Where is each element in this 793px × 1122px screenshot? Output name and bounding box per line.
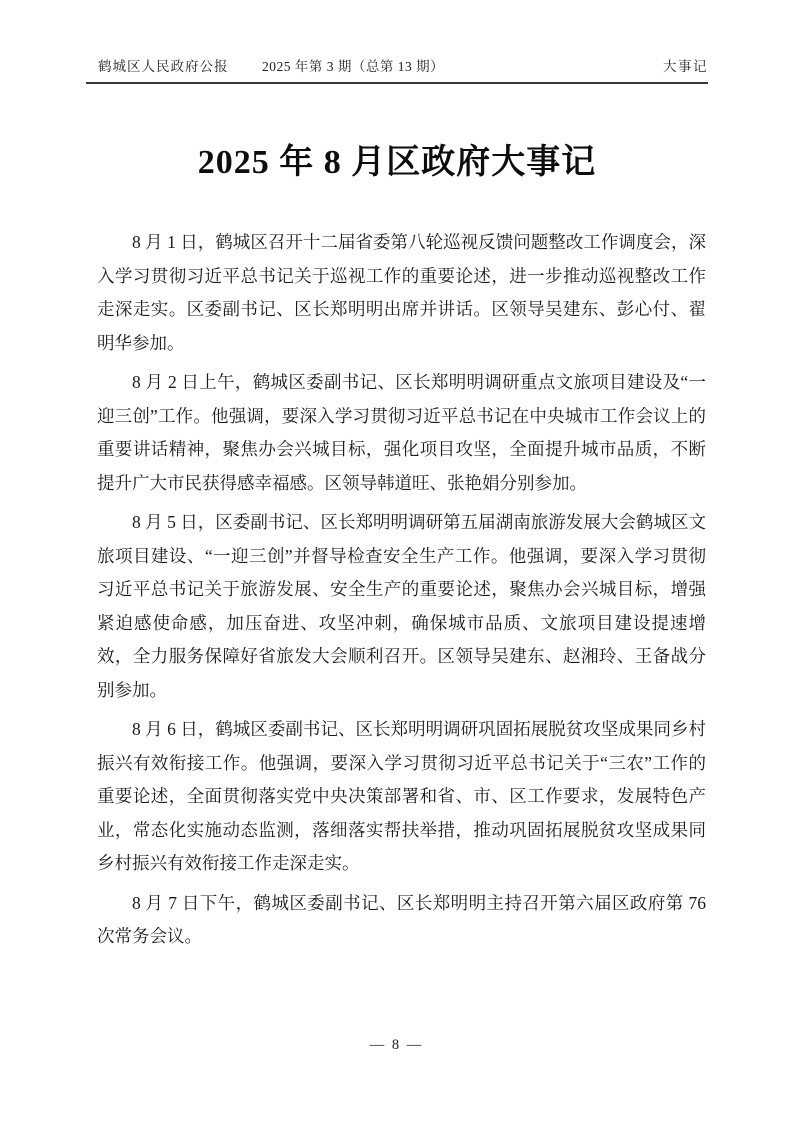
- page-number: — 8 —: [370, 1037, 424, 1053]
- gazette-document-page: 鹤城区人民政府公报 2025 年第 3 期（总第 13 期） 大事记 2025 …: [0, 0, 793, 1122]
- header-publication-name: 鹤城区人民政府公报: [98, 55, 229, 75]
- header-section-name: 大事记: [663, 55, 708, 75]
- paragraph-aug-6: 8 月 6 日，鹤城区委副书记、区长郑明明调研巩固拓展脱贫攻坚成果同乡村振兴有效…: [97, 713, 706, 881]
- page-footer: — 8 —: [0, 1037, 793, 1054]
- paragraph-aug-7: 8 月 7 日下午，鹤城区委副书记、区长郑明明主持召开第六届区政府第 76 次常…: [97, 887, 706, 954]
- header-issue-info: 2025 年第 3 期（总第 13 期）: [262, 55, 444, 75]
- article-body: 8 月 1 日，鹤城区召开十二届省委第八轮巡视反馈问题整改工作调度会，深入学习贯…: [97, 226, 706, 960]
- paragraph-aug-5: 8 月 5 日，区委副书记、区长郑明明调研第五届湖南旅游发展大会鹤城区文旅项目建…: [97, 506, 706, 707]
- article-title: 2025 年 8 月区政府大事记: [86, 134, 708, 183]
- paragraph-aug-1: 8 月 1 日，鹤城区召开十二届省委第八轮巡视反馈问题整改工作调度会，深入学习贯…: [97, 226, 706, 360]
- page-header: 鹤城区人民政府公报 2025 年第 3 期（总第 13 期） 大事记: [86, 58, 708, 84]
- paragraph-aug-2: 8 月 2 日上午，鹤城区委副书记、区长郑明明调研重点文旅项目建设及“一迎三创”…: [97, 366, 706, 500]
